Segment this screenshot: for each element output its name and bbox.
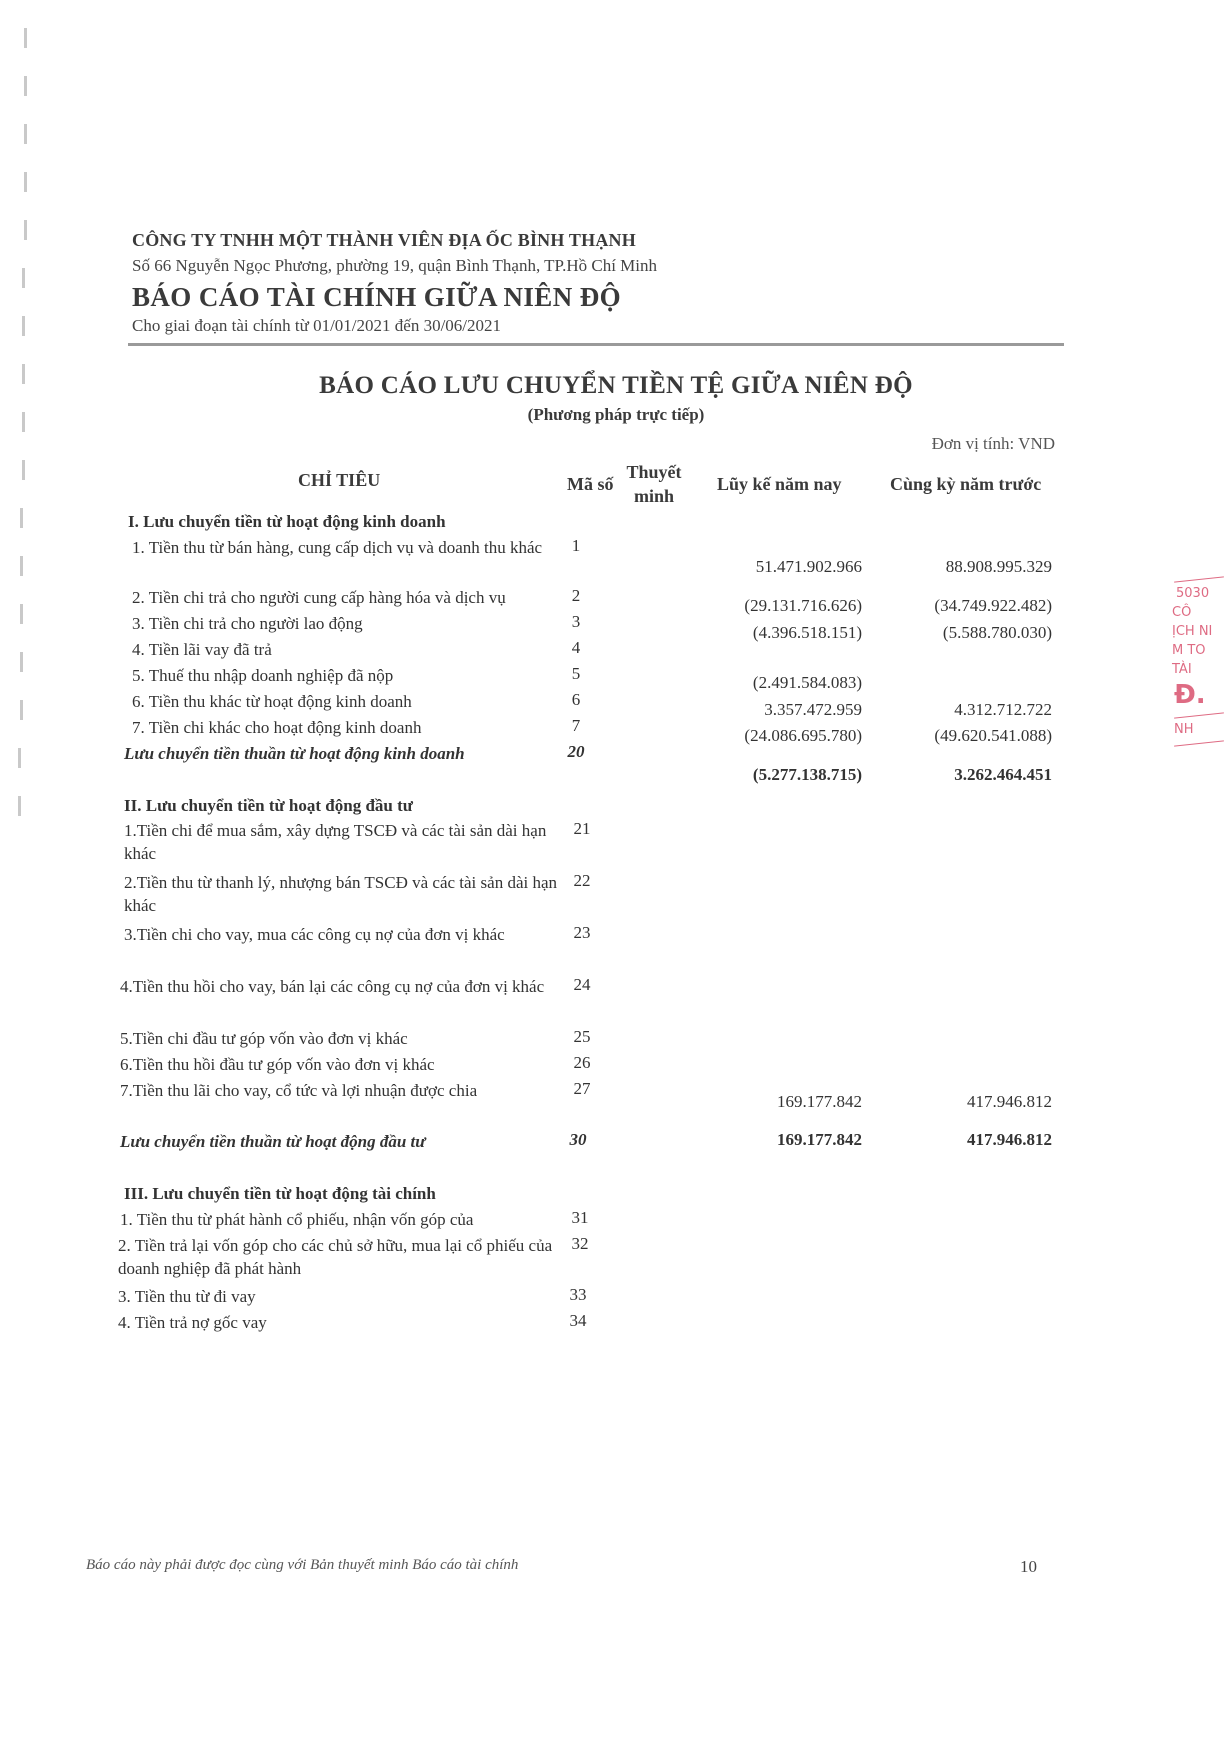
row-label: Lưu chuyển tiền thuần từ hoạt động kinh … xyxy=(124,742,564,765)
row-code: 33 xyxy=(558,1285,598,1305)
current-period-value: 169.177.842 xyxy=(672,1092,862,1112)
row-label: III. Lưu chuyển tiền từ hoạt động tài ch… xyxy=(124,1182,564,1205)
row-code: 23 xyxy=(562,923,602,943)
page-number: 10 xyxy=(1020,1557,1037,1577)
row-label: 6. Tiền thu khác từ hoạt động kinh doanh xyxy=(132,690,572,713)
previous-period-value: 417.946.812 xyxy=(862,1092,1052,1112)
row-code: 20 xyxy=(556,742,596,762)
row-code: 34 xyxy=(558,1311,598,1331)
company-address: Số 66 Nguyễn Ngọc Phương, phường 19, quậ… xyxy=(132,256,657,276)
stamp-text: CÔ xyxy=(1168,603,1232,622)
binder-mark xyxy=(22,460,25,480)
statement-method: (Phương pháp trực tiếp) xyxy=(0,405,1232,425)
stamp-text: TÀI xyxy=(1168,660,1232,679)
binder-mark xyxy=(20,556,23,576)
row-code: 25 xyxy=(562,1027,602,1047)
stamp-text: Đ. xyxy=(1168,679,1232,711)
row-label: 5.Tiền chi đầu tư góp vốn vào đơn vị khá… xyxy=(120,1027,560,1050)
row-label: II. Lưu chuyển tiền từ hoạt động đầu tư xyxy=(124,794,564,817)
row-code: 4 xyxy=(556,638,596,658)
current-period-value: 3.357.472.959 xyxy=(672,700,862,720)
current-period-value: (29.131.716.626) xyxy=(672,596,862,616)
row-code: 1 xyxy=(556,536,596,556)
previous-period-value: 4.312.712.722 xyxy=(862,700,1052,720)
row-label: 3. Tiền chi trả cho người lao động xyxy=(132,612,572,635)
row-code: 7 xyxy=(556,716,596,736)
row-code: 6 xyxy=(556,690,596,710)
stamp-text: M TO xyxy=(1168,641,1232,660)
binder-mark xyxy=(24,124,27,144)
previous-period-value: 88.908.995.329 xyxy=(862,557,1052,577)
column-header-item: CHỈ TIÊU xyxy=(298,470,380,491)
column-header-current: Lũy kế năm nay xyxy=(717,474,842,495)
column-header-code: Mã số xyxy=(567,474,614,495)
row-label: 5. Thuế thu nhập doanh nghiệp đã nộp xyxy=(132,664,572,687)
binder-mark xyxy=(24,172,27,192)
binder-mark xyxy=(24,220,27,240)
row-code: 32 xyxy=(560,1234,600,1254)
current-period-value: 169.177.842 xyxy=(672,1130,862,1150)
statement-title: BÁO CÁO LƯU CHUYỂN TIỀN TỆ GIỮA NIÊN ĐỘ xyxy=(0,372,1232,400)
binder-mark xyxy=(24,76,27,96)
company-name: CÔNG TY TNHH MỘT THÀNH VIÊN ĐỊA ỐC BÌNH … xyxy=(132,230,636,251)
report-title: BÁO CÁO TÀI CHÍNH GIỮA NIÊN ĐỘ xyxy=(132,282,621,313)
column-header-previous: Cùng kỳ năm trước xyxy=(890,474,1041,495)
previous-period-value: (49.620.541.088) xyxy=(862,726,1052,746)
row-code: 24 xyxy=(562,975,602,995)
row-label: 4. Tiền trả nợ gốc vay xyxy=(118,1311,558,1334)
row-label: 1. Tiền thu từ phát hành cổ phiếu, nhận … xyxy=(120,1208,560,1231)
footer-note: Báo cáo này phải được đọc cùng với Bản t… xyxy=(86,1557,518,1574)
binder-mark xyxy=(24,28,27,48)
row-code: 3 xyxy=(556,612,596,632)
binder-mark xyxy=(18,796,21,816)
binder-mark xyxy=(20,508,23,528)
previous-period-value: 417.946.812 xyxy=(862,1130,1052,1150)
current-period-value: 51.471.902.966 xyxy=(672,557,862,577)
row-label: 1.Tiền chi để mua sắm, xây dựng TSCĐ và … xyxy=(124,819,564,865)
row-code: 2 xyxy=(556,586,596,606)
previous-period-value: (5.588.780.030) xyxy=(862,623,1052,643)
row-label: 3.Tiền chi cho vay, mua các công cụ nợ c… xyxy=(124,923,564,946)
row-code: 5 xyxy=(556,664,596,684)
binder-mark xyxy=(22,316,25,336)
previous-period-value: (34.749.922.482) xyxy=(862,596,1052,616)
row-code: 30 xyxy=(558,1130,598,1150)
row-label: 4.Tiền thu hồi cho vay, bán lại các công… xyxy=(120,975,560,998)
row-label: 7. Tiền chi khác cho hoạt động kinh doan… xyxy=(132,716,572,739)
binder-mark xyxy=(20,700,23,720)
row-label: 4. Tiền lãi vay đã trả xyxy=(132,638,572,661)
row-label: 6.Tiền thu hồi đầu tư góp vốn vào đơn vị… xyxy=(120,1053,560,1076)
current-period-value: (5.277.138.715) xyxy=(672,765,862,785)
currency-unit: Đơn vị tính: VND xyxy=(932,434,1055,454)
row-label: 2. Tiền chi trả cho người cung cấp hàng … xyxy=(132,586,572,609)
row-label: 1. Tiền thu từ bán hàng, cung cấp dịch v… xyxy=(132,536,572,559)
binder-mark xyxy=(20,604,23,624)
stamp-text: ỊCH NI xyxy=(1168,622,1232,641)
header-divider xyxy=(128,343,1064,346)
binder-mark xyxy=(22,268,25,288)
current-period-value: (2.491.584.083) xyxy=(672,673,862,693)
report-period: Cho giai đoạn tài chính từ 01/01/2021 đế… xyxy=(132,316,501,336)
column-header-note: Thuyết minh xyxy=(624,460,684,508)
stamp-text: 5030 xyxy=(1168,584,1232,603)
row-label: Lưu chuyển tiền thuần từ hoạt động đầu t… xyxy=(120,1130,560,1153)
row-code: 26 xyxy=(562,1053,602,1073)
current-period-value: (4.396.518.151) xyxy=(672,623,862,643)
row-label: 7.Tiền thu lãi cho vay, cổ tức và lợi nh… xyxy=(120,1079,560,1102)
row-label: 3. Tiền thu từ đi vay xyxy=(118,1285,558,1308)
row-label: 2. Tiền trả lại vốn góp cho các chủ sở h… xyxy=(118,1234,558,1280)
binder-mark xyxy=(20,652,23,672)
previous-period-value: 3.262.464.451 xyxy=(862,765,1052,785)
current-period-value: (24.086.695.780) xyxy=(672,726,862,746)
row-label: 2.Tiền thu từ thanh lý, nhượng bán TSCĐ … xyxy=(124,871,564,917)
row-label: I. Lưu chuyển tiền từ hoạt động kinh doa… xyxy=(128,510,568,533)
stamp-text: NH xyxy=(1168,720,1232,739)
red-seal-stamp: 5030CÔỊCH NIM TOTÀIĐ.NH xyxy=(1168,575,1232,790)
row-code: 21 xyxy=(562,819,602,839)
binder-mark xyxy=(18,748,21,768)
row-code: 22 xyxy=(562,871,602,891)
row-code: 27 xyxy=(562,1079,602,1099)
row-code: 31 xyxy=(560,1208,600,1228)
